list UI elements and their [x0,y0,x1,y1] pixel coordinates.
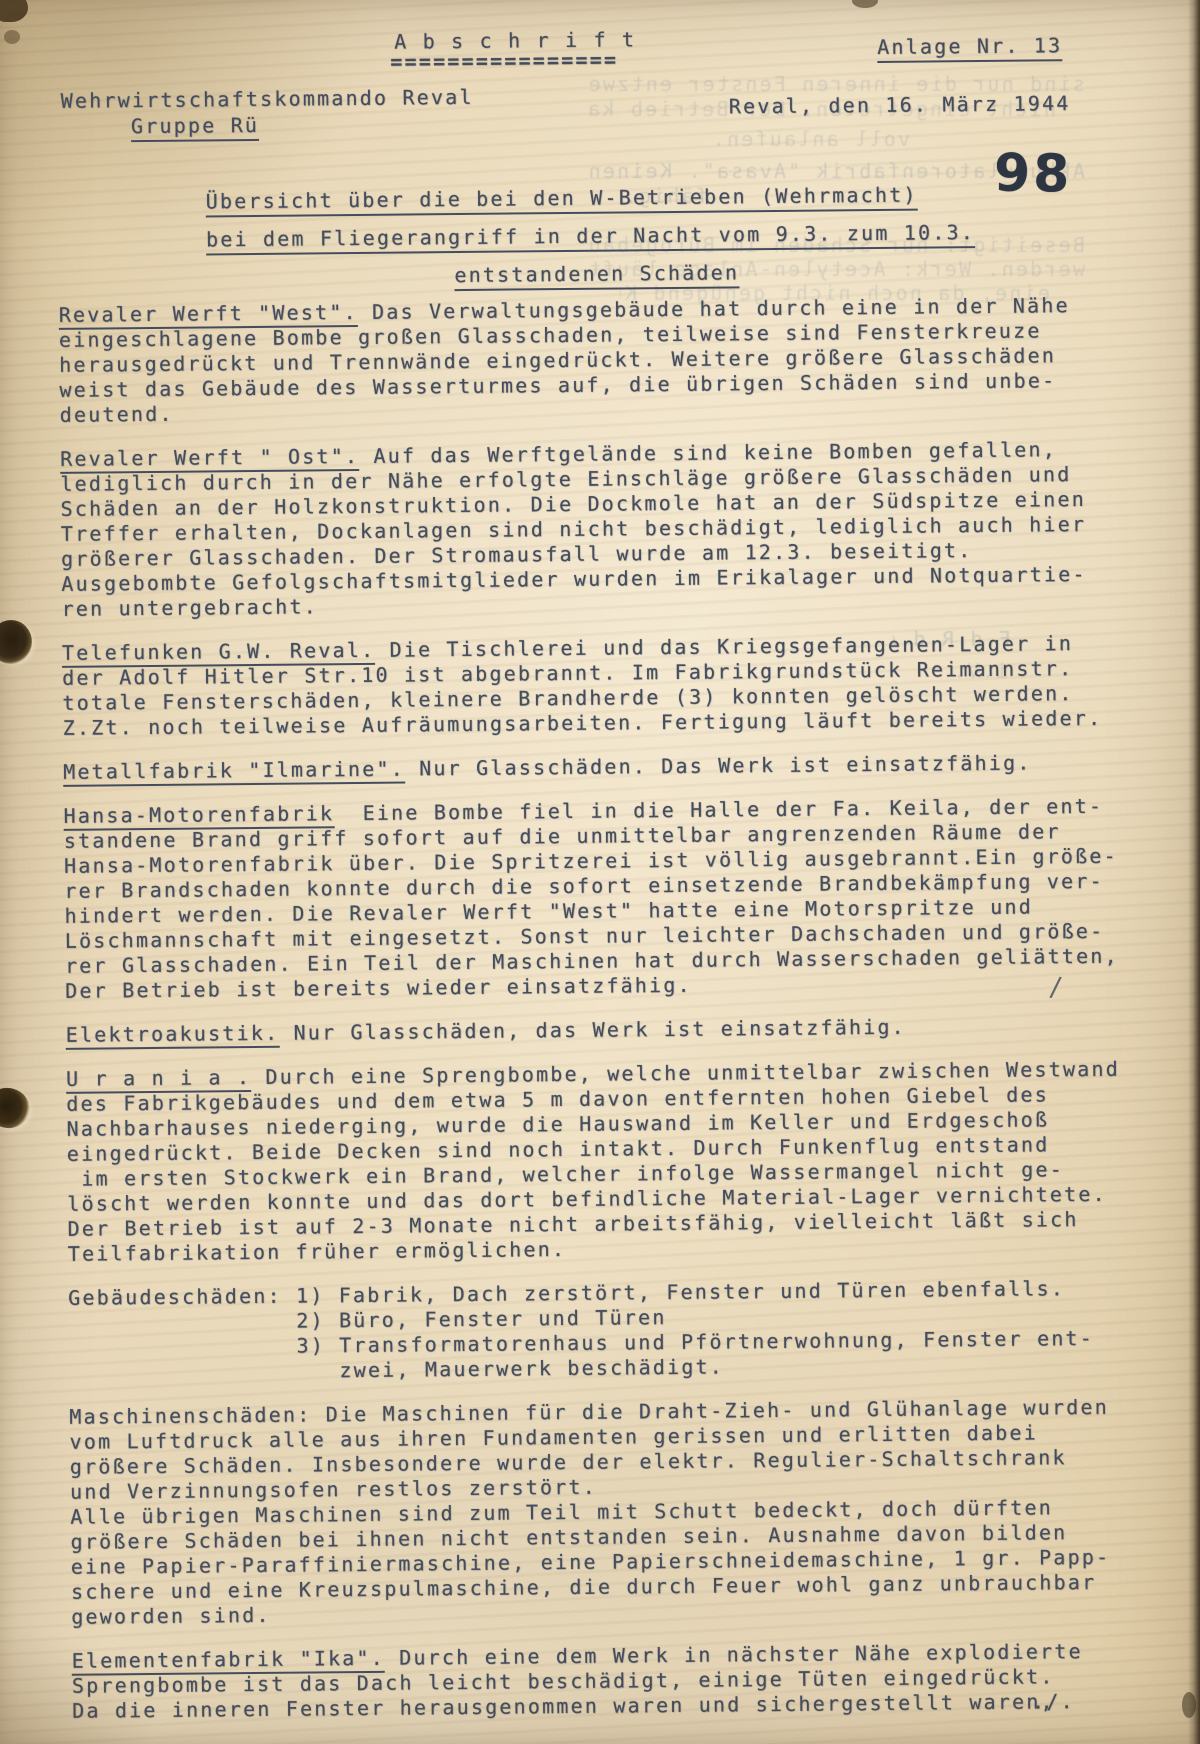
title-line-1: Übersicht über die bei den W-Betrieben (… [206,183,918,218]
page-edge-shadow [1188,0,1200,1744]
paragraph-elektroakustik: Elektroakustik. Nur Glasschäden, das Wer… [66,1013,1128,1048]
paragraph-text: Nur Glasschäden, das Werk ist einsatzfäh… [279,1015,906,1045]
org-group: Gruppe Rü [131,113,259,142]
copy-heading-rule: ================ [390,47,618,74]
edge-stain [1182,1692,1196,1718]
paragraph-telefunken: Telefunken G.W. Reval. Die Tischlerei un… [62,631,1125,741]
paragraph-gebaeudeschaeden: Gebäudeschäden: 1) Fabrik, Dach zerstört… [68,1276,1131,1386]
corner-shade [0,1624,160,1744]
paragraph-metallfabrik-ilmarine: Metallfabrik "Ilmarine". Nur Glasschäden… [63,750,1125,785]
paragraph-text: Gebäudeschäden: 1) Fabrik, Dach zerstört… [68,1276,1094,1385]
paragraph-revaler-werft-ost: Revaler Werft " Ost". Auf das Werftgelän… [60,437,1124,622]
punch-hole-top [0,620,32,664]
paragraph-maschinenschaeden: Maschinenschäden: Die Maschinen für die … [69,1395,1133,1630]
dateline: Reval, den 16. März 1944 [729,91,1071,119]
paragraph-elementenfabrik-ika: Elementenfabrik "Ika". Durch eine dem We… [72,1639,1135,1724]
continuation-mark: ./. [1032,1689,1075,1714]
edge-stain [852,0,878,8]
punch-hole-bottom [0,1083,34,1132]
paragraph-heading: Elektroakustik. [66,1021,280,1050]
paragraph-revaler-werft-west: Revaler Werft "West". Das Verwaltungsgeb… [59,293,1122,428]
page-number-stamp: 98 [993,143,1072,204]
paragraph-urania: U r a n i a . Durch eine Sprengbombe, we… [66,1057,1130,1267]
document-page: sind nur die inneren Fenster entzwei geg… [0,0,1200,1744]
title-line-2: bei dem Fliegerangriff in der Nacht vom … [206,220,975,255]
paragraph-hansa-motorenfabrik: Hansa-Motorenfabrik Eine Bombe fiel in d… [63,794,1127,1004]
typed-content: A b s c h r i f t ================ Anlag… [44,21,1150,1731]
paragraph-text: Maschinenschäden: Die Maschinen für die … [69,1395,1110,1629]
corner-stain [4,30,20,44]
body-paragraphs: Revaler Werft "West". Das Verwaltungsgeb… [59,293,1135,1743]
corner-stain [0,0,28,22]
title-line-3: entstandenen Schäden [454,260,739,291]
annex-label: Anlage Nr. 13 [877,33,1062,63]
paragraph-heading: Metallfabrik "Ilmarine". [63,757,405,787]
paragraph-text: Nur Glasschäden. Das Werk ist einsatzfäh… [405,751,1032,781]
org-name: Wehrwirtschaftskommando Reval [61,85,474,114]
